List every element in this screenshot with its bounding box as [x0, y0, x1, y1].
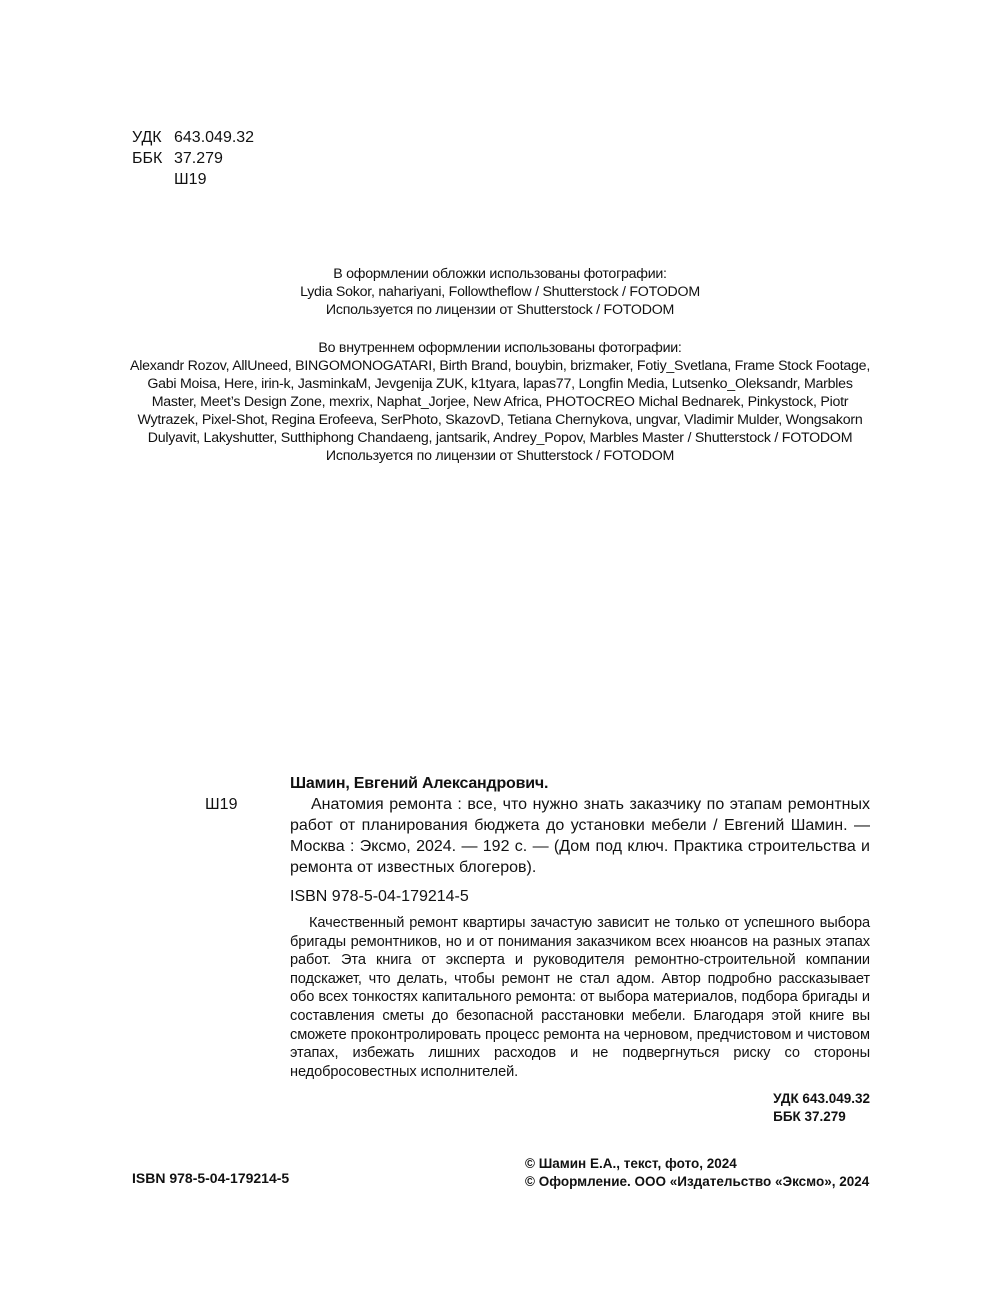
interior-credits-license: Используется по лицензии от Shutterstock… [130, 447, 870, 465]
bbk-row: ББК37.279 [132, 148, 254, 169]
footer-isbn: ISBN 978-5-04-179214-5 [132, 1170, 289, 1186]
entry-author-mark: Ш19 [205, 794, 237, 815]
author-heading: Шамин, Евгений Александрович. [290, 773, 870, 794]
cover-credits-names: Lydia Sokor, nahariyani, Followtheflow /… [130, 283, 870, 301]
udk-bottom: УДК 643.049.32 [773, 1090, 870, 1108]
bbk-label: ББК [132, 148, 174, 169]
udk-row: УДК643.049.32 [132, 127, 254, 148]
bbk-bottom: ББК 37.279 [773, 1108, 870, 1126]
interior-credits-heading: Во внутреннем оформлении использованы фо… [130, 339, 870, 357]
entry-description: Анатомия ремонта : все, что нужно знать … [290, 794, 870, 878]
udk-label: УДК [132, 127, 174, 148]
classification-block-bottom: УДК 643.049.32 ББК 37.279 [773, 1090, 870, 1126]
author-mark-row: Ш19 [132, 169, 254, 190]
entry-isbn: ISBN 978-5-04-179214-5 [290, 886, 870, 907]
cover-credits-heading: В оформлении обложки использованы фотогр… [130, 265, 870, 283]
cover-credits-license: Используется по лицензии от Shutterstock… [130, 301, 870, 319]
bbk-value: 37.279 [174, 150, 223, 167]
classification-block-top: УДК643.049.32 ББК37.279 Ш19 [132, 127, 254, 190]
interior-credits-names: Alexandr Rozov, AllUneed, BINGOMONOGATAR… [130, 357, 870, 447]
bibliographic-entry: Шамин, Евгений Александрович. Ш19 Анатом… [205, 773, 870, 907]
copyright-text: © Шамин Е.А., текст, фото, 2024 [525, 1155, 869, 1173]
annotation-paragraph: Качественный ремонт квартиры зачастую за… [290, 914, 870, 1081]
cover-photo-credits: В оформлении обложки использованы фотогр… [130, 265, 870, 319]
copyright-design: © Оформление. ООО «Издательство «Эксмо»,… [525, 1173, 869, 1191]
udk-value: 643.049.32 [174, 129, 254, 146]
entry-body: Ш19 Анатомия ремонта : все, что нужно зн… [205, 794, 870, 878]
copyright-block: © Шамин Е.А., текст, фото, 2024 © Оформл… [525, 1155, 869, 1191]
author-mark: Ш19 [174, 171, 206, 188]
interior-photo-credits: Во внутреннем оформлении использованы фо… [130, 339, 870, 465]
